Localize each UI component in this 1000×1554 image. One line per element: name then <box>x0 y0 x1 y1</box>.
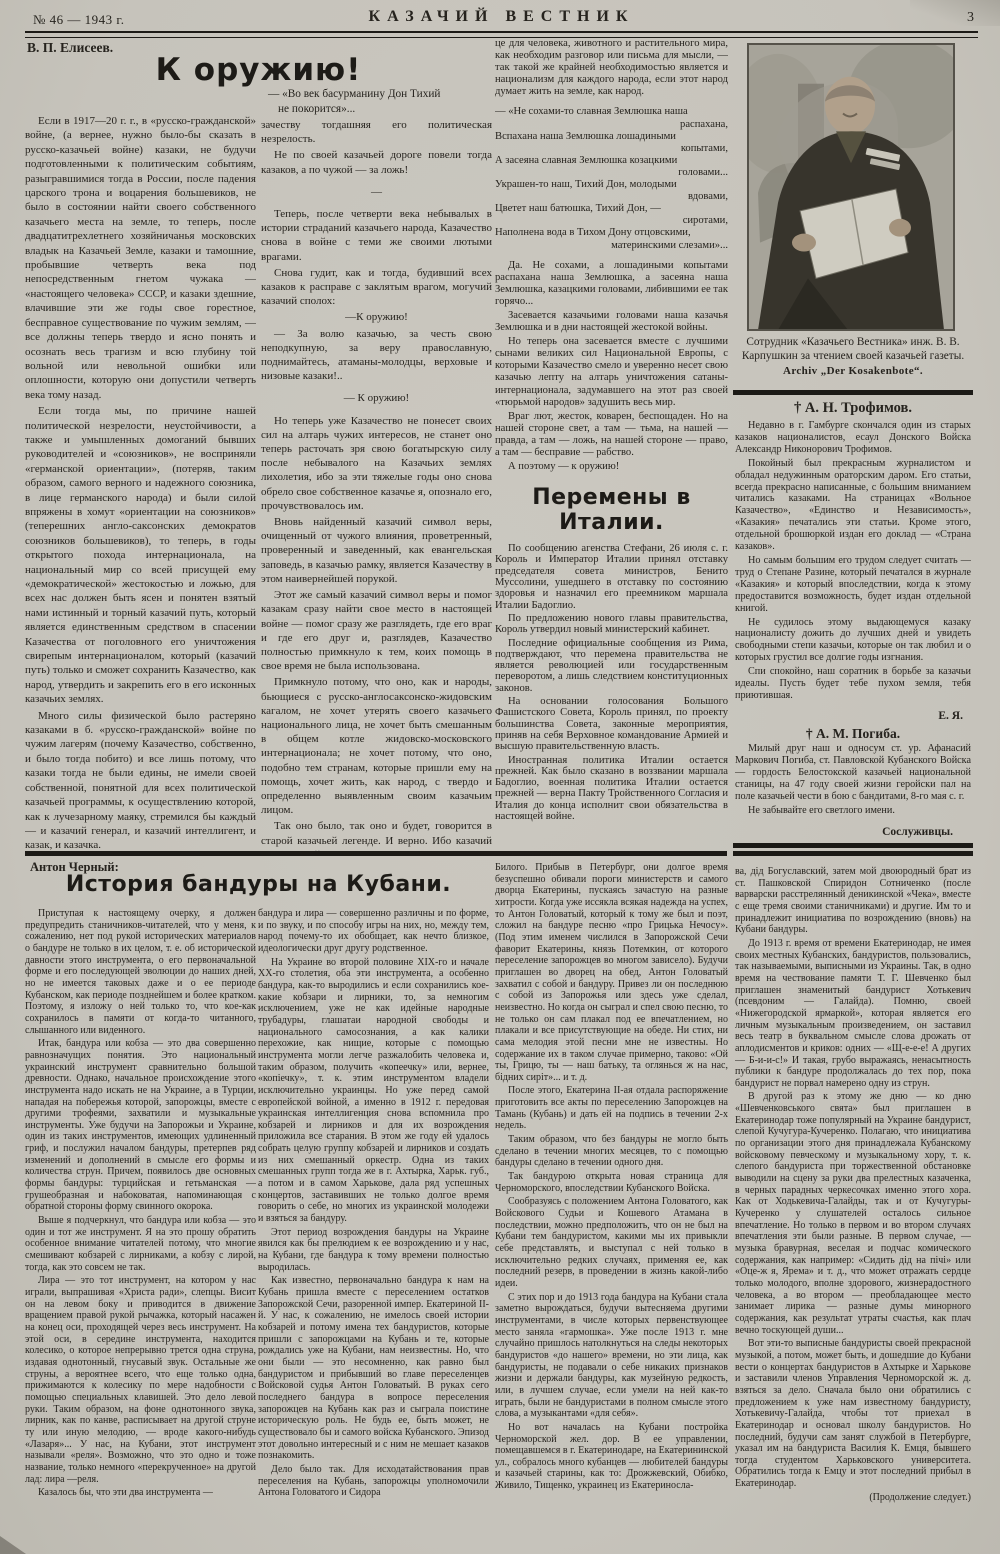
paragraph: После этого, Екатерина II-ая отдала расп… <box>495 1085 728 1132</box>
paragraph: До 1913 г. время от времени Екатеринодар… <box>735 938 971 1090</box>
to-arms-column-2: зачеству тогдашняя его политическая незр… <box>261 118 492 852</box>
paragraph: Да. Не сохами, а лошадиными копытами рас… <box>495 260 728 308</box>
paragraph: Как известно, первоначально бандура к на… <box>258 1275 489 1462</box>
paragraph: — «Во век басурманину Дон Тихий <box>268 88 492 101</box>
mid-rule <box>25 851 727 856</box>
paragraph: Не по своей казачьей дороге повели тогда… <box>261 148 492 176</box>
bandura-title: История бандуры на Кубани. <box>25 872 492 897</box>
paragraph: В другой раз к этому же дню — ко дню «Ше… <box>735 1091 971 1336</box>
photo-caption-text: Сотрудник «Казачьего Вестника» инж. В. В… <box>733 336 973 363</box>
paragraph: Цветет наш батюшка, Тихий Дон, — <box>495 203 728 215</box>
paragraph: Иностранная политика Италии остается пре… <box>495 755 728 823</box>
paragraph: Покойный был прекрасным журналистом и об… <box>735 458 971 553</box>
paragraph: це для человека, животного и растительно… <box>495 38 728 98</box>
paragraph: ва, дід Богуславский, затем мой двоюродн… <box>735 866 971 936</box>
paragraph: Теперь, после четверти века небывалых в … <box>261 207 492 264</box>
paragraph: А засеяна славная Землюшка козацкими <box>495 155 728 167</box>
paragraph: Но самым большим его трудом следует счит… <box>735 555 971 615</box>
column-3: це для человека, животного и растительно… <box>495 38 728 854</box>
paragraph: По предложению нового главы правительств… <box>495 613 728 636</box>
section-rule <box>733 390 973 395</box>
paragraph: —К оружию! <box>261 310 492 324</box>
paragraph: (Продолжение следует.) <box>735 1492 971 1504</box>
paragraph: Вспахана наша Землюшка лошадиными <box>495 131 728 143</box>
italy-title: Перемены в Италии. <box>495 485 728 535</box>
paragraph: Милый друг наш и односум ст. ур. Афанаси… <box>735 743 971 803</box>
paragraph: — За волю казачью, за честь свою неподку… <box>261 327 492 384</box>
photo-karpushkin <box>748 44 954 330</box>
paragraph: Наполнена вода в Тихом Дону отцовскими, <box>495 227 728 239</box>
to-arms-title: К оружию! <box>25 52 492 88</box>
paragraph: вдовами, <box>495 191 728 203</box>
pogiba-title: † А. М. Погиба. <box>733 726 973 742</box>
paragraph: Но теперь уже Казачество не понесет свои… <box>261 414 492 513</box>
paragraph: Не забывайте его светлого имени. <box>735 805 971 817</box>
photo-illustration <box>748 44 954 330</box>
paragraph: Этот период возрождения бандуры на Украи… <box>258 1227 489 1274</box>
double-rule <box>733 843 973 859</box>
paragraph: Недавно в г. Гамбурге скончался один из … <box>735 420 971 456</box>
paragraph: Приступая к настоящему очерку, я должен … <box>25 908 256 1036</box>
photo-caption: Сотрудник «Казачьего Вестника» инж. В. В… <box>733 336 973 379</box>
scan-artifact-bottom-left <box>0 1536 26 1554</box>
paragraph: материнскими слезами»... <box>495 240 728 252</box>
trofimov-signature: Е. Я. <box>938 710 963 722</box>
paragraph: Много силы физической было растеряно каз… <box>25 709 256 852</box>
paragraph: бандура и лира — совершенно различны и п… <box>258 908 489 955</box>
paragraph: головами... <box>495 167 728 179</box>
paragraph: Засевается казачьими головами наша казач… <box>495 310 728 334</box>
paragraph: Билого. Прибыв в Петербург, они долгое в… <box>495 862 728 1083</box>
paragraph: Сообразуясь с положением Антона Головато… <box>495 1196 728 1289</box>
paragraph: Но вот началась на Кубани постройка Черн… <box>495 1422 728 1492</box>
bandura-column-2: бандура и лира — совершенно различны и п… <box>258 908 489 1554</box>
paragraph: На Украине во второй половине XIX-го и н… <box>258 957 489 1225</box>
paragraph: Дело было так. Для исходатайствования пр… <box>258 1464 489 1499</box>
paragraph: распахана, <box>495 119 728 131</box>
paragraph: По сообщению агенства Стефани, 26 июля с… <box>495 543 728 611</box>
paragraph: Вновь найденный казачий символ веры, очи… <box>261 515 492 586</box>
page-number: 3 <box>967 10 974 26</box>
paragraph: С этих пор и до 1913 года бандура на Куб… <box>495 1292 728 1420</box>
paragraph: Украшен-то наш, Тихий Дон, молодыми <box>495 179 728 191</box>
paragraph: — «Не сохами-то славная Землюшка наша <box>495 106 728 118</box>
pogiba-body: Милый друг наш и односум ст. ур. Афанаси… <box>735 743 971 827</box>
paragraph: Так оно было, так оно и будет, говорится… <box>261 819 492 852</box>
masthead: № 46 — 1943 г. КАЗАЧИЙ ВЕСТНИК 3 <box>25 8 978 30</box>
paragraph: Снова гудит, как и тогда, будивший всех … <box>261 266 492 309</box>
bandura-column-4: ва, дід Богуславский, затем мой двоюродн… <box>735 866 971 1552</box>
paragraph: зачеству тогдашняя его политическая незр… <box>261 118 492 146</box>
paragraph: На основании голосования Большого Фашист… <box>495 696 728 752</box>
paragraph: Таким образом, что без бандуры не могло … <box>495 1134 728 1169</box>
article-to-arms: В. П. Елисеев. К оружию! — «Во век басур… <box>25 40 492 852</box>
paragraph: Лира — это тот инструмент, на котором у … <box>25 1275 256 1485</box>
paragraph: Враг лют, жесток, коварен, беспощаден. Н… <box>495 411 728 459</box>
paragraph: Этот же самый казачий символ веры и помо… <box>261 588 492 673</box>
italy-body: По сообщению агенства Стефани, 26 июля с… <box>495 543 728 822</box>
bandura-column-1: Приступая к настоящему очерку, я должен … <box>25 908 256 1554</box>
column-4: Сотрудник «Казачьего Вестника» инж. В. В… <box>733 38 973 1554</box>
newspaper-title: КАЗАЧИЙ ВЕСТНИК <box>25 8 978 26</box>
paragraph: Так бандурою открыта новая страница для … <box>495 1171 728 1194</box>
bandura-column-3: Билого. Прибыв в Петербург, они долгое в… <box>495 862 728 1554</box>
pogiba-signature: Сослуживцы. <box>882 826 953 838</box>
to-arms-epigraph: — «Во век басурманину Дон Тихийне покори… <box>268 88 492 116</box>
paragraph: Выше я подчеркнул, что бандура или кобза… <box>25 1215 256 1273</box>
paragraph: Если в 1917—20 г. г., в «русско-гражданс… <box>25 114 256 402</box>
to-arms-column-3: це для человека, животного и растительно… <box>495 38 728 473</box>
paragraph: Спи спокойно, наш соратник в борьбе за к… <box>735 666 971 702</box>
paragraph: Вот эти-то выписные бандуристы своей пре… <box>735 1338 971 1490</box>
paragraph: Если тогда мы, по причине нашей политиче… <box>25 404 256 707</box>
paragraph: — <box>261 185 492 199</box>
masthead-rule <box>25 31 978 38</box>
paragraph: Последние официальные сообщения из Рима,… <box>495 638 728 694</box>
paragraph: Итак, бандура или кобза — это два соверш… <box>25 1038 256 1213</box>
trofimov-body: Недавно в г. Гамбурге скончался один из … <box>735 420 971 710</box>
newspaper-page: № 46 — 1943 г. КАЗАЧИЙ ВЕСТНИК 3 В. П. Е… <box>0 0 1000 1554</box>
paragraph: Не судилось этому выдающемуся казаку нац… <box>735 617 971 665</box>
paragraph: А поэтому — к оружию! <box>495 461 728 473</box>
paragraph: — К оружию! <box>261 391 492 405</box>
paragraph: не покорится»... <box>268 103 492 116</box>
trofimov-title: † А. Н. Трофимов. <box>733 400 973 417</box>
paragraph: Казалось бы, что эти два инструмента — <box>25 1487 256 1499</box>
paragraph: Но теперь она засевается вместе с лучшим… <box>495 336 728 409</box>
photo-credit: Archiv „Der Kosakenbote“. <box>733 365 973 379</box>
paragraph: копытами, <box>495 143 728 155</box>
to-arms-column-1: Если в 1917—20 г. г., в «русско-гражданс… <box>25 114 256 852</box>
paragraph: Примкнуло потому, что оно, как и народы,… <box>261 675 492 817</box>
paragraph: сиротами, <box>495 215 728 227</box>
